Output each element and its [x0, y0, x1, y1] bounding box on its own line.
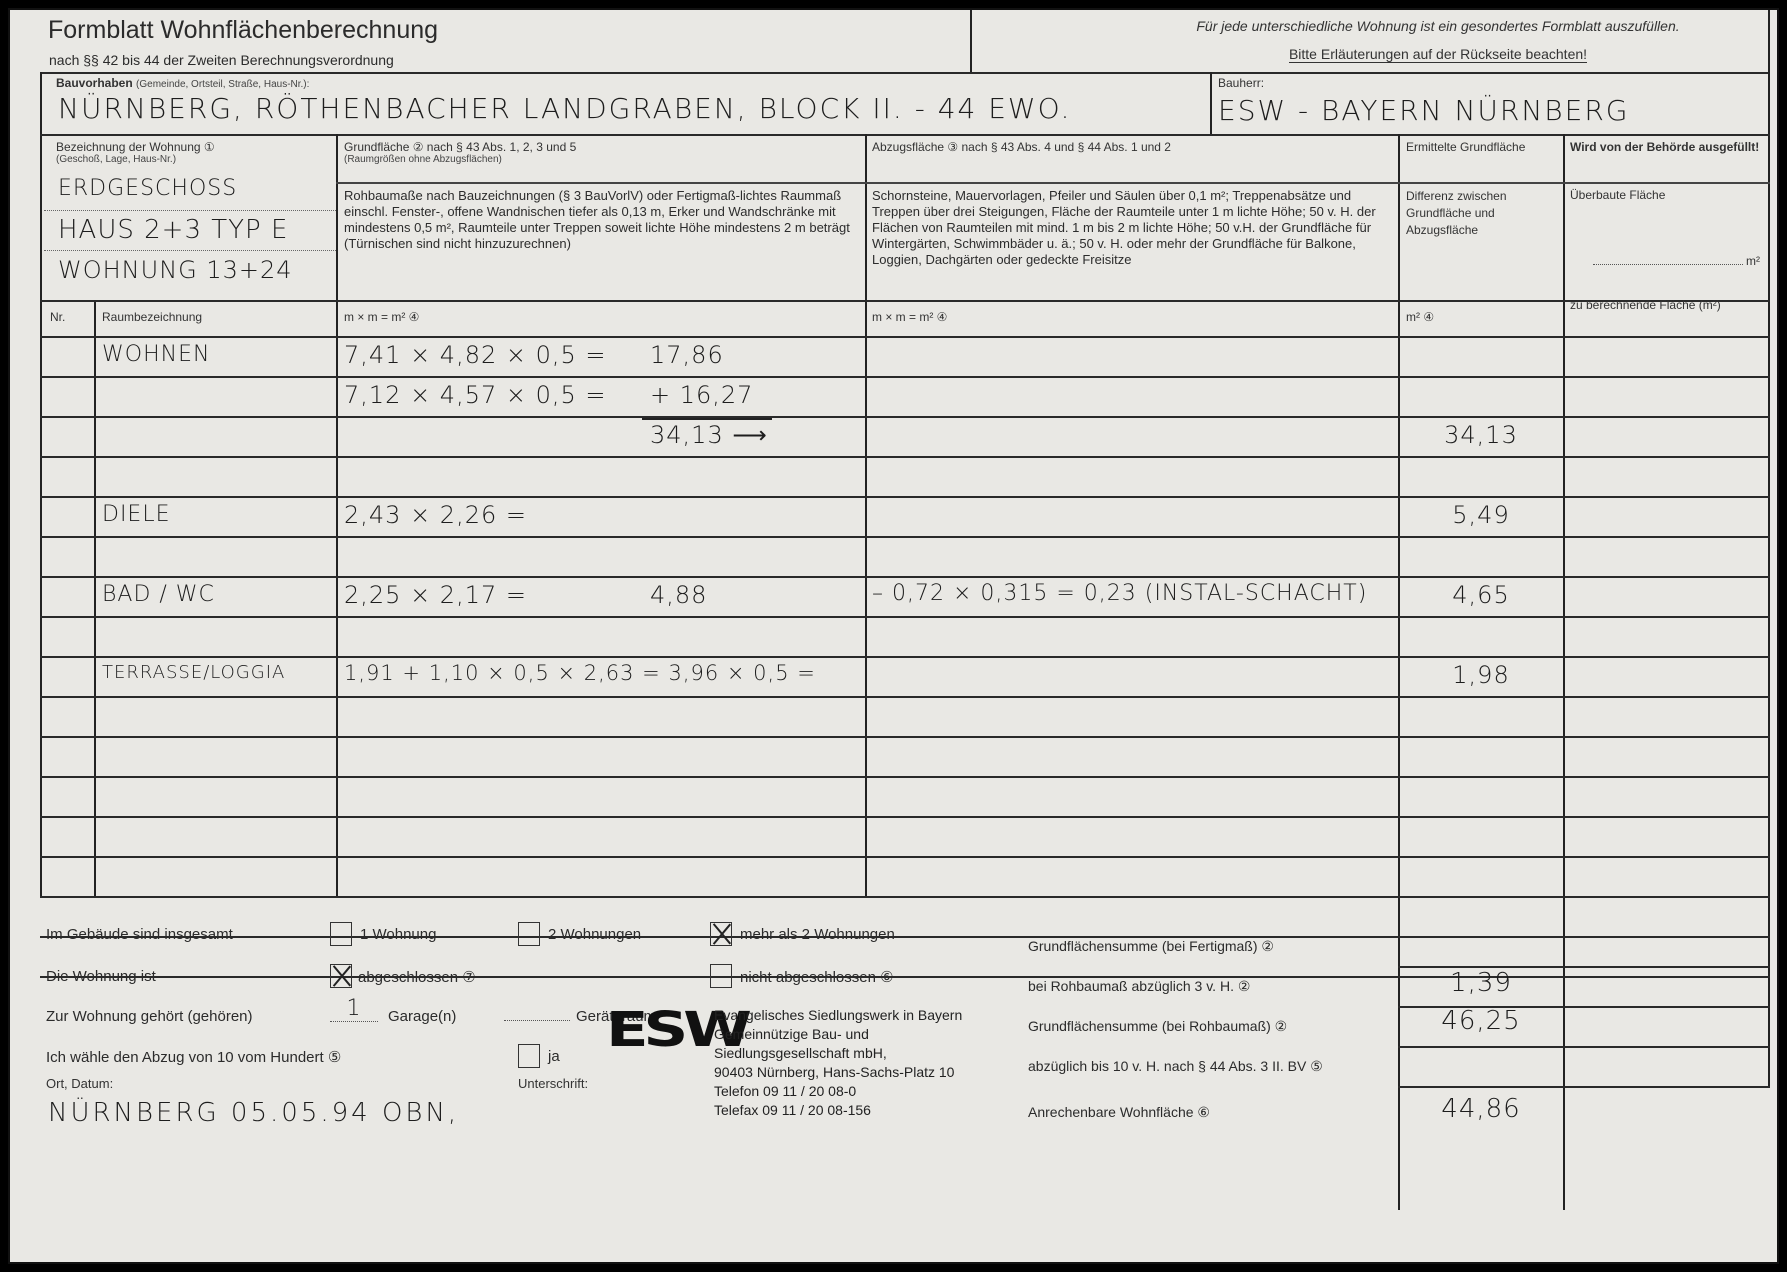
form-note: Für jede unterschiedliche Wohnung ist ei…	[1110, 18, 1766, 34]
esw-line: Gemeinnützige Bau- und	[714, 1025, 962, 1044]
unterschrift-label: Unterschrift:	[518, 1076, 588, 1091]
label-2-wohnungen: 2 Wohnungen	[548, 926, 641, 943]
dotted-line	[44, 210, 336, 211]
label-nicht-abgeschlossen: nicht abgeschlossen ⑥	[740, 968, 894, 986]
sum-underline	[642, 418, 772, 420]
header-hint: (Geschoß, Lage, Haus-Nr.)	[56, 154, 331, 165]
row-raum[interactable]: DIELE	[102, 502, 332, 527]
esw-address: Evangelisches Siedlungswerk in Bayern Ge…	[714, 1006, 962, 1120]
form-note-underlined: Bitte Erläuterungen auf der Rückseite be…	[1110, 46, 1766, 62]
row-grundflaeche[interactable]: 7,12 × 4,57 × 0,5 =	[344, 381, 674, 409]
table-row	[40, 776, 1770, 816]
geraeteraum-field[interactable]	[504, 1020, 570, 1021]
wohnung-header: Bezeichnung der Wohnung ① (Geschoß, Lage…	[56, 140, 331, 165]
row-raum[interactable]: TERRASSE/LOGGIA	[102, 662, 332, 683]
summary-label-abzug-3: bei Rohbaumaß abzüglich 3 v. H. ②	[1028, 978, 1250, 995]
label-text: Bauvorhaben	[56, 76, 133, 90]
row-behoerde[interactable]	[1570, 938, 1764, 974]
form-subtitle: nach §§ 42 bis 44 der Zweiten Berechnung…	[49, 52, 394, 68]
gebaeude-label: Im Gebäude sind insgesamt	[46, 926, 233, 943]
wohnung-line-1[interactable]: ERDGESCHOSS	[58, 176, 237, 201]
divider	[1398, 1046, 1770, 1048]
label-abgeschlossen: abgeschlossen ⑦	[358, 968, 476, 986]
row-ermittelt[interactable]: 34,13	[1406, 421, 1556, 449]
esw-line: Evangelisches Siedlungswerk in Bayern	[714, 1006, 962, 1025]
divider	[865, 182, 1398, 184]
row-grundflaeche[interactable]: 1,91 + 1,10 × 0,5 × 2,63 = 3,96 × 0,5 =	[344, 661, 674, 685]
behoerde-unit: zu berechnende Fläche (m²)	[1570, 298, 1765, 313]
row-behoerde[interactable]	[1570, 858, 1764, 894]
ermittelt-description: Differenz zwischen Grundfläche und Abzug…	[1406, 188, 1556, 239]
row-behoerde[interactable]	[1570, 538, 1764, 574]
row-grund-result[interactable]: 4,88	[650, 581, 860, 609]
table-row	[40, 696, 1770, 736]
bauvorhaben-label: Bauvorhaben (Gemeinde, Ortsteil, Straße,…	[56, 76, 309, 90]
divider	[40, 134, 1770, 136]
divider	[40, 72, 1770, 74]
esw-line: 90403 Nürnberg, Hans-Sachs-Platz 10	[714, 1063, 962, 1082]
abzug-unit: m × m = m² ④	[872, 310, 947, 324]
form-title: Formblatt Wohnflächenberechnung	[48, 16, 438, 45]
table-row	[40, 816, 1770, 856]
note-text: Bitte Erläuterungen auf der Rückseite be…	[1289, 46, 1587, 63]
abzug-10-label: Ich wähle den Abzug von 10 vom Hundert ⑤	[46, 1048, 341, 1066]
esw-line: Telefon 09 11 / 20 08-0	[714, 1082, 962, 1101]
row-behoerde[interactable]	[1570, 498, 1764, 534]
table-row	[40, 896, 1770, 936]
divider	[970, 10, 972, 72]
grundflaeche-header: Grundfläche ② nach § 43 Abs. 1, 2, 3 und…	[344, 140, 859, 165]
row-behoerde[interactable]	[1570, 778, 1764, 814]
label-mehr-als-2: mehr als 2 Wohnungen	[740, 926, 895, 943]
abzug-description: Schornsteine, Mauervorlagen, Pfeiler und…	[872, 188, 1392, 268]
row-raum[interactable]: BAD / WC	[102, 582, 332, 607]
summary-value-abzug-3[interactable]: 1,39	[1406, 968, 1556, 998]
behoerde-header: Wird von der Behörde ausgefüllt!	[1570, 140, 1765, 154]
esw-line: Siedlungsgesellschaft mbH,	[714, 1044, 962, 1063]
row-behoerde[interactable]	[1570, 898, 1764, 934]
divider	[1210, 72, 1212, 134]
header-label: Grundfläche ② nach § 43 Abs. 1, 2, 3 und…	[344, 140, 859, 154]
row-grund-result[interactable]: 34,13 ⟶	[650, 421, 860, 449]
bauherr-label: Bauherr:	[1218, 76, 1264, 90]
divider	[40, 896, 1770, 898]
unit: m²	[1746, 254, 1760, 268]
ermittelt-header: Ermittelte Grundfläche	[1406, 140, 1556, 154]
dotted-line	[44, 250, 336, 251]
summary-label-anrechenbar: Anrechenbare Wohnfläche ⑥	[1028, 1104, 1210, 1121]
row-behoerde[interactable]	[1570, 658, 1764, 694]
row-grundflaeche[interactable]: 2,25 × 2,17 =	[344, 581, 674, 609]
row-ermittelt[interactable]: 5,49	[1406, 501, 1556, 529]
wohnflaechen-form: Formblatt Wohnflächenberechnung nach §§ …	[8, 8, 1779, 1264]
abzug-header: Abzugsfläche ③ nach § 43 Abs. 4 und § 44…	[872, 140, 1392, 154]
table-row	[40, 456, 1770, 496]
header-label: Bezeichnung der Wohnung ①	[56, 140, 331, 154]
wohnung-ist-label: Die Wohnung ist	[46, 968, 156, 985]
row-behoerde[interactable]	[1570, 698, 1764, 734]
label-hint: (Gemeinde, Ortsteil, Straße, Haus-Nr.):	[136, 79, 309, 90]
grund-unit: m × m = m² ④	[344, 310, 419, 324]
divider	[1398, 182, 1770, 184]
checkbox-ja[interactable]	[518, 1044, 540, 1068]
table-row	[40, 856, 1770, 896]
gehoert-label: Zur Wohnung gehört (gehören)	[46, 1008, 253, 1025]
row-behoerde[interactable]	[1570, 418, 1764, 454]
row-ermittelt[interactable]: 4,65	[1406, 581, 1556, 609]
table-row	[40, 376, 1770, 416]
row-abzug[interactable]: – 0,72 × 0,315 = 0,23 (INSTAL-SCHACHT)	[872, 581, 1392, 606]
ort-datum-field[interactable]: NÜRNBERG 05.05.94 OBN,	[48, 1098, 459, 1128]
table-row	[40, 536, 1770, 576]
checkbox-mehr-als-2[interactable]	[710, 922, 732, 946]
ueberbaute-field[interactable]: m²	[1570, 254, 1760, 268]
table-row	[40, 736, 1770, 776]
bauvorhaben-field[interactable]: NÜRNBERG, RÖTHENBACHER LANDGRABEN, BLOCK…	[58, 92, 1071, 125]
row-behoerde[interactable]	[1570, 618, 1764, 654]
row-behoerde[interactable]	[1570, 578, 1764, 614]
bauherr-field[interactable]: ESW - BAYERN NÜRNBERG	[1218, 94, 1629, 127]
row-grundflaeche[interactable]: 2,43 × 2,26 =	[344, 501, 674, 529]
divider	[1398, 1086, 1770, 1088]
row-grundflaeche[interactable]: 7,41 × 4,82 × 0,5 =	[344, 341, 674, 369]
header-hint: (Raumgrößen ohne Abzugsflächen)	[344, 154, 859, 165]
unterschrift-field[interactable]	[518, 1110, 698, 1134]
grundflaeche-description: Rohbaumaße nach Bauzeichnungen (§ 3 BauV…	[344, 188, 859, 252]
summary-value-rohbaumass[interactable]: 46,25	[1406, 1006, 1556, 1036]
table-row	[40, 616, 1770, 656]
summary-label-rohbaumass: Grundflächensumme (bei Rohbaumaß) ②	[1028, 1018, 1287, 1035]
row-grund-result[interactable]: 17,86	[650, 341, 860, 369]
row-behoerde[interactable]	[1570, 338, 1764, 374]
divider	[336, 182, 865, 184]
summary-value-anrechenbar[interactable]: 44,86	[1406, 1094, 1556, 1124]
nr-header: Nr.	[50, 310, 65, 324]
wohnung-line-2[interactable]: HAUS 2+3 TYP E	[58, 215, 288, 245]
ort-datum-label: Ort, Datum:	[46, 1076, 113, 1091]
ermittelt-unit: m² ④	[1406, 310, 1434, 324]
garage-label: Garage(n)	[388, 1008, 456, 1025]
row-grund-result[interactable]: + 16,27	[650, 381, 860, 409]
divider	[40, 300, 1770, 302]
checkbox-abgeschlossen[interactable]	[330, 964, 352, 988]
label-ja: ja	[548, 1048, 560, 1065]
checkbox-nicht-abgeschlossen[interactable]	[710, 964, 732, 988]
summary-label-abzug-10: abzüglich bis 10 v. H. nach § 44 Abs. 3 …	[1028, 1058, 1323, 1075]
checkbox-2-wohnungen[interactable]	[518, 922, 540, 946]
row-raum[interactable]: WOHNEN	[102, 342, 332, 367]
row-behoerde[interactable]	[1570, 378, 1764, 414]
ueberbaute-label: Überbaute Fläche	[1570, 188, 1670, 202]
row-ermittelt[interactable]: 1,98	[1406, 661, 1556, 689]
garage-count-field[interactable]: 1	[330, 996, 378, 1022]
wohnung-line-3[interactable]: WOHNUNG 13+24	[58, 256, 293, 284]
row-behoerde[interactable]	[1570, 458, 1764, 494]
checkbox-1-wohnung[interactable]	[330, 922, 352, 946]
esw-line: Telefax 09 11 / 20 08-156	[714, 1101, 962, 1120]
raum-header: Raumbezeichnung	[102, 310, 202, 324]
row-behoerde[interactable]	[1570, 818, 1764, 854]
label-1-wohnung: 1 Wohnung	[360, 926, 436, 943]
row-behoerde[interactable]	[1570, 738, 1764, 774]
summary-label-fertigmass: Grundflächensumme (bei Fertigmaß) ②	[1028, 938, 1274, 955]
